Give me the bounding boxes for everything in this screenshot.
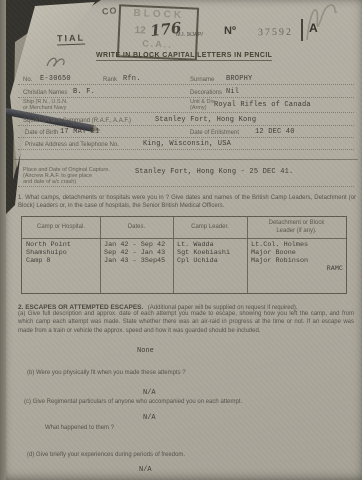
column-header-camp: Camp or Hospital. bbox=[22, 217, 100, 238]
answer-2a: None bbox=[137, 347, 154, 355]
field-squadron-label: Squadron and Command (R.A.F., A.A.F.) bbox=[23, 118, 131, 124]
table-row: Camp 8 bbox=[26, 257, 71, 265]
field-capture-label-3: and date of a/c crash) bbox=[23, 179, 76, 185]
form-reference: M.I. 9/JAP/ bbox=[176, 32, 203, 38]
number-label: Nº bbox=[224, 25, 236, 37]
field-unit-label-2: (Army) bbox=[190, 105, 207, 111]
field-christian-value: B. F. bbox=[73, 88, 95, 96]
confidential-stamp-fragment: TIAL bbox=[57, 33, 85, 46]
question-2a-text: (a) Give full description and approx. da… bbox=[18, 310, 354, 335]
field-address-label: Private Address and Telephone No. bbox=[25, 142, 119, 148]
page-left-edge bbox=[0, 0, 6, 480]
field-surname-label: Surname bbox=[190, 77, 214, 83]
question-2d-text: (d) Give briefly your experiences during… bbox=[27, 451, 327, 459]
field-enlist-label: Date of Enlistment bbox=[190, 130, 239, 136]
divider-line bbox=[14, 158, 358, 160]
question-2b-text: (b) Were you physically fit when you mad… bbox=[27, 369, 327, 377]
table-cell-block-leaders: Lt.Col. Holmes Major Boone Major Robinso… bbox=[251, 241, 343, 273]
column-header-leader: Camp Leader. bbox=[173, 217, 247, 238]
answer-2c: N/A bbox=[143, 414, 156, 422]
camp-table: Camp or Hospital. Dates. Camp Leader. De… bbox=[21, 216, 347, 294]
field-row: Place and Date of Original Capture. (Air… bbox=[18, 165, 354, 187]
field-unit-value: Royal Rifles of Canada bbox=[214, 101, 311, 109]
field-row: Squadron and Command (R.A.F., A.A.F.) St… bbox=[18, 114, 354, 126]
table-header-border bbox=[22, 238, 346, 239]
field-rank-label: Rank bbox=[103, 77, 117, 83]
field-surname-value: BROPHY bbox=[226, 75, 252, 83]
confidential-stamp-fragment: CO bbox=[102, 5, 118, 16]
field-dob-value: 17 MAY 21 bbox=[60, 128, 100, 136]
field-capture-value: Stanley Fort, Hong Kong - 25 DEC 41. bbox=[135, 168, 293, 176]
answer-2d: N/A bbox=[139, 466, 152, 474]
serial-number-stamp: 37592 bbox=[258, 27, 293, 39]
field-enlist-value: 12 DEC 40 bbox=[255, 128, 295, 136]
stamp-text-number: 12 bbox=[134, 25, 146, 36]
field-rank-value: Rfn. bbox=[123, 75, 141, 83]
table-row: Jan 43 - 3Sep45 bbox=[104, 257, 165, 265]
answer-2b: N/A bbox=[143, 389, 156, 397]
field-christian-label: Christian Names bbox=[23, 90, 67, 96]
field-address-value: King, Wisconsin, USA bbox=[143, 140, 231, 148]
table-row: North Point bbox=[26, 241, 71, 249]
instruction-heading: WRITE IN BLOCK CAPITAL LETTERS IN PENCIL bbox=[96, 52, 272, 61]
table-cell-camps: North Point Shamshuipo Camp 8 bbox=[26, 241, 71, 265]
field-row: Private Address and Telephone No. King, … bbox=[18, 138, 354, 150]
field-squadron-value: Stanley Fort, Hong Kong bbox=[155, 116, 256, 124]
question-2c-text: (c) Give Regimental particulars of anyon… bbox=[24, 398, 334, 406]
table-row: Major Boone bbox=[251, 249, 343, 257]
table-row: Shamshuipo bbox=[26, 249, 71, 257]
field-decorations-value: Nil bbox=[226, 88, 239, 96]
field-row: Date of Birth 17 MAY 21 Date of Enlistme… bbox=[18, 126, 354, 138]
stamp-text-ca: C.A.. bbox=[119, 37, 195, 50]
table-row: Cpl Uchida bbox=[177, 257, 230, 265]
document-page: CO TIAL BLOCK 12 176 C.A.. M.I. 9/JAP/ N… bbox=[5, 0, 362, 480]
table-row: Sep 42 - Jan 43 bbox=[104, 249, 165, 257]
pencil-squiggle-mark bbox=[293, 2, 349, 44]
column-header-block-leader: Detachment or Block Leader (if any). bbox=[247, 217, 346, 238]
table-row: Lt. Wadda bbox=[177, 241, 230, 249]
field-row: Ship (R.N., U.S.N. or Merchant Navy Unit… bbox=[18, 97, 354, 113]
table-row: Jan 42 - Sep 42 bbox=[104, 241, 165, 249]
pencil-scribble-mark bbox=[44, 53, 70, 71]
field-no-label: No. bbox=[23, 77, 32, 83]
table-cell-dates: Jan 42 - Sep 42 Sep 42 - Jan 43 Jan 43 -… bbox=[104, 241, 165, 265]
table-row: Major Robinson bbox=[251, 257, 343, 265]
table-cell-leaders: Lt. Wadda Sgt Koebiashi Cpl Uchida bbox=[177, 241, 230, 265]
field-decorations-label: Decorations bbox=[190, 90, 222, 96]
question-2c2-text: What happened to them ? bbox=[45, 424, 114, 432]
field-dob-label: Date of Birth bbox=[25, 130, 58, 136]
field-no-value: E-30650 bbox=[40, 75, 71, 83]
table-row: Lt.Col. Holmes bbox=[251, 241, 343, 249]
column-header-dates: Dates. bbox=[100, 217, 173, 238]
field-row: No. E-30650 Rank Rfn. Surname BROPHY bbox=[18, 73, 354, 85]
table-row: RAMC bbox=[251, 265, 343, 273]
question-1-text: 1. What camps, detachments or hospitals … bbox=[18, 194, 356, 211]
table-row: Sgt Koebiashi bbox=[177, 249, 230, 257]
field-ship-label-2: or Merchant Navy bbox=[23, 105, 66, 111]
scanned-document: { "header": { "confidential_fragment_top… bbox=[0, 0, 362, 480]
